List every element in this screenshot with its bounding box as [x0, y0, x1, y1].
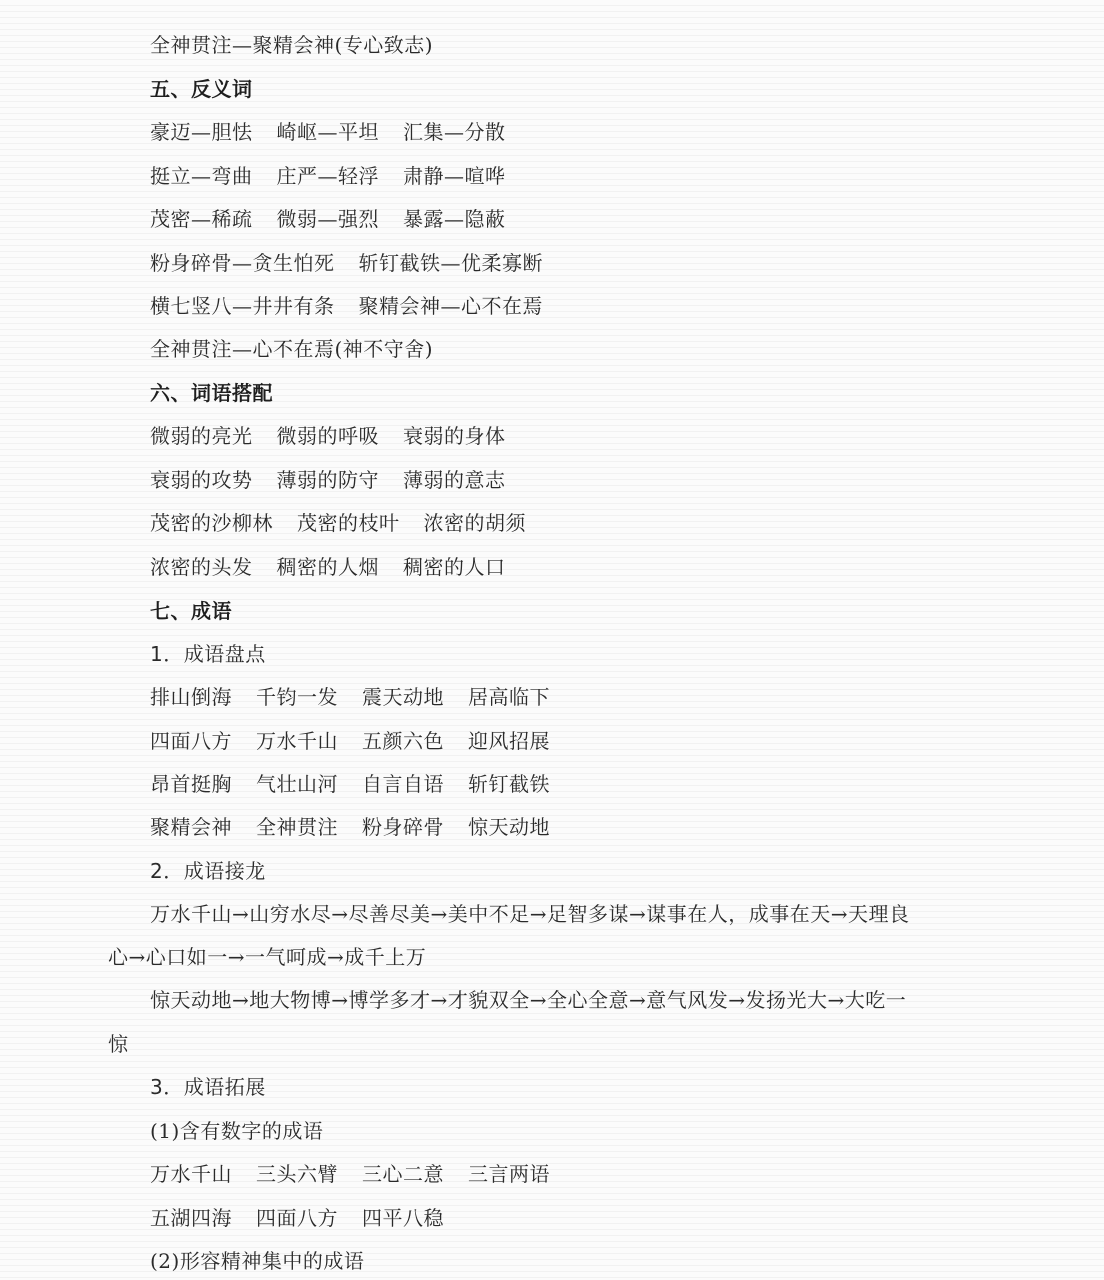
section-title-antonyms: 五、反义词: [150, 75, 253, 103]
collocation: 稠密的人烟: [277, 553, 380, 581]
antonym-pair: 崎岖—平坦: [277, 118, 380, 146]
idiom-chain-1-line-1: 万水千山→山穷水尽→尽善尽美→美中不足→足智多谋→谋事在人，成事在天→天理良: [150, 900, 910, 928]
idiom: 震天动地: [362, 683, 444, 711]
subsection-title-idiom-chain: 2．成语接龙: [150, 857, 266, 885]
idiom: 五湖四海: [150, 1204, 232, 1232]
idiom: 三头六臂: [256, 1160, 338, 1188]
collocation-row: 衰弱的攻势薄弱的防守薄弱的意志: [150, 466, 506, 494]
collocation: 茂密的枝叶: [297, 509, 400, 537]
idiom: 四面八方: [256, 1204, 338, 1232]
subsection-title-idiom-expansion: 3．成语拓展: [150, 1073, 266, 1101]
collocation: 微弱的呼吸: [277, 422, 380, 450]
idiom: 迎风招展: [468, 727, 550, 755]
collocation: 衰弱的身体: [403, 422, 506, 450]
subsection-title-idiom-inventory: 1．成语盘点: [150, 640, 266, 668]
antonym-row: 茂密—稀疏微弱—强烈暴露—隐蔽: [150, 205, 506, 233]
collocation-row: 微弱的亮光微弱的呼吸衰弱的身体: [150, 422, 506, 450]
idiom: 三心二意: [362, 1160, 444, 1188]
idiom-chain-1-line-2: 心→心口如一→一气呵成→成千上万: [108, 943, 426, 971]
idiom: 惊天动地: [468, 813, 550, 841]
idiom: 粉身碎骨: [362, 813, 444, 841]
sub-heading-number-idioms: (1)含有数字的成语: [150, 1117, 323, 1145]
antonym-pair: 聚精会神—心不在焉: [359, 292, 544, 320]
intro-line: 全神贯注—聚精会神(专心致志): [150, 31, 433, 59]
antonym-pair: 汇集—分散: [403, 118, 506, 146]
collocation: 微弱的亮光: [150, 422, 253, 450]
collocation: 浓密的头发: [150, 553, 253, 581]
antonym-pair: 茂密—稀疏: [150, 205, 253, 233]
section-title-idioms: 七、成语: [150, 597, 232, 625]
collocation: 薄弱的防守: [277, 466, 380, 494]
idiom-row: 排山倒海千钧一发震天动地居高临下: [150, 683, 550, 711]
idiom: 五颜六色: [362, 727, 444, 755]
idiom: 万水千山: [150, 1160, 232, 1188]
collocation: 浓密的胡须: [424, 509, 527, 537]
antonym-row: 横七竖八—井井有条聚精会神—心不在焉: [150, 292, 543, 320]
collocation: 稠密的人口: [403, 553, 506, 581]
idiom: 气壮山河: [256, 770, 338, 798]
idiom-chain-2-line-2: 惊: [108, 1030, 129, 1058]
sub-heading-focus-idioms: (2)形容精神集中的成语: [150, 1247, 364, 1275]
idiom-row: 四面八方万水千山五颜六色迎风招展: [150, 727, 550, 755]
idiom: 居高临下: [468, 683, 550, 711]
antonym-pair: 微弱—强烈: [277, 205, 380, 233]
collocation-row: 茂密的沙柳林茂密的枝叶浓密的胡须: [150, 509, 526, 537]
antonym-pair: 全神贯注—心不在焉(神不守舍): [150, 335, 433, 363]
antonym-pair: 豪迈—胆怯: [150, 118, 253, 146]
antonym-pair: 庄严—轻浮: [277, 162, 380, 190]
section-title-collocations: 六、词语搭配: [150, 379, 273, 407]
collocation: 茂密的沙柳林: [150, 509, 273, 537]
antonym-pair: 斩钉截铁—优柔寡断: [359, 249, 544, 277]
idiom: 自言自语: [362, 770, 444, 798]
document-page: 全神贯注—聚精会神(专心致志) 五、反义词 豪迈—胆怯崎岖—平坦汇集—分散 挺立…: [0, 0, 1104, 1280]
idiom-chain-2-line-1: 惊天动地→地大物博→博学多才→才貌双全→全心全意→意气风发→发扬光大→大吃一: [150, 986, 906, 1014]
idiom-row: 万水千山三头六臂三心二意三言两语: [150, 1160, 550, 1188]
idiom: 万水千山: [256, 727, 338, 755]
antonym-row: 粉身碎骨—贪生怕死斩钉截铁—优柔寡断: [150, 249, 543, 277]
antonym-pair: 粉身碎骨—贪生怕死: [150, 249, 335, 277]
idiom-row: 昂首挺胸气壮山河自言自语斩钉截铁: [150, 770, 550, 798]
idiom: 全神贯注: [256, 813, 338, 841]
idiom: 斩钉截铁: [468, 770, 550, 798]
idiom: 三言两语: [468, 1160, 550, 1188]
antonym-pair: 肃静—喧哗: [403, 162, 506, 190]
idiom: 四平八稳: [362, 1204, 444, 1232]
antonym-row: 全神贯注—心不在焉(神不守舍): [150, 335, 433, 363]
antonym-row: 豪迈—胆怯崎岖—平坦汇集—分散: [150, 118, 506, 146]
antonym-pair: 暴露—隐蔽: [403, 205, 506, 233]
antonym-row: 挺立—弯曲庄严—轻浮肃静—喧哗: [150, 162, 506, 190]
idiom: 千钧一发: [256, 683, 338, 711]
collocation: 衰弱的攻势: [150, 466, 253, 494]
antonym-pair: 横七竖八—井井有条: [150, 292, 335, 320]
collocation-row: 浓密的头发稠密的人烟稠密的人口: [150, 553, 506, 581]
idiom: 排山倒海: [150, 683, 232, 711]
idiom: 聚精会神: [150, 813, 232, 841]
idiom-row: 五湖四海四面八方四平八稳: [150, 1204, 444, 1232]
idiom-row: 聚精会神全神贯注粉身碎骨惊天动地: [150, 813, 550, 841]
idiom: 四面八方: [150, 727, 232, 755]
collocation: 薄弱的意志: [403, 466, 506, 494]
idiom: 昂首挺胸: [150, 770, 232, 798]
antonym-pair: 挺立—弯曲: [150, 162, 253, 190]
